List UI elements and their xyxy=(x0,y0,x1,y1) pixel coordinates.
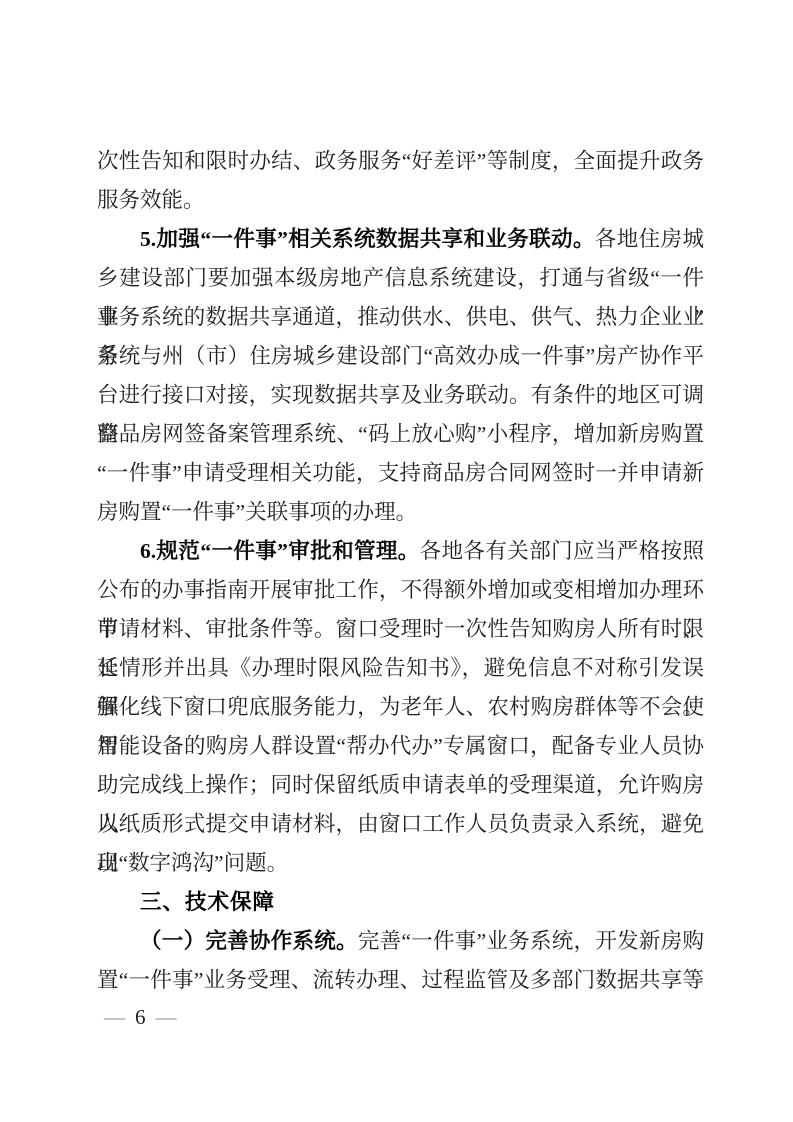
page-number-dash-left: — xyxy=(104,1005,125,1029)
paragraph-end-line: 房购置“一件事”关联事项的办理。 xyxy=(97,493,704,532)
text-line: 长情形并出具《办理时限风险告知书》，避免信息不对称引发误解。 xyxy=(97,649,704,688)
text-line: 系统与州（市）住房城乡建设部门“高效办成一件事”房产协作平 xyxy=(97,337,704,376)
text-line: 以纸质形式提交申请材料，由窗口工作人员负责录入系统，避免出 xyxy=(97,805,704,844)
text-segment: 各地各有关部门应当严格按照 xyxy=(420,539,704,563)
text-line: 智能设备的购房人群设置“帮办代办”专属窗口，配备专业人员协 xyxy=(97,727,704,766)
text-line: 申请材料、审批条件等。窗口受理时一次性告知购房人所有时限延 xyxy=(97,610,704,649)
page-number-dash-right: — xyxy=(156,1005,177,1029)
text-segment: 各地住房城 xyxy=(595,227,704,251)
section-3-heading: 三、技术保障 xyxy=(97,883,704,922)
page-number-value: 6 xyxy=(135,1005,146,1029)
text-line: 强化线下窗口兜底服务能力，为老年人、农村购房群体等不会使用 xyxy=(97,688,704,727)
text-segment: 完善“一件事”业务系统，开发新房购 xyxy=(358,929,704,953)
text-line: 业务系统的数据共享通道，推动供水、供电、供气、热力企业业务 xyxy=(97,298,704,337)
document-body: 次性告知和限时办结、政务服务“好差评”等制度，全面提升政务 服务效能。 5.加强… xyxy=(97,142,704,1000)
sub-item-1-heading: （一）完善协作系统。 xyxy=(140,929,358,953)
text-line: 5.加强“一件事”相关系统数据共享和业务联动。各地住房城 xyxy=(97,220,704,259)
text-line: 6.规范“一件事”审批和管理。各地各有关部门应当严格按照 xyxy=(97,532,704,571)
text-line: 置“一件事”业务受理、流转办理、过程监管及多部门数据共享等 xyxy=(97,961,704,1000)
text-line: （一）完善协作系统。完善“一件事”业务系统，开发新房购 xyxy=(97,922,704,961)
text-line: 次性告知和限时办结、政务服务“好差评”等制度，全面提升政务 xyxy=(97,142,704,181)
text-line: “一件事”申请受理相关功能，支持商品房合同网签时一并申请新 xyxy=(97,454,704,493)
text-line: 公布的办事指南开展审批工作，不得额外增加或变相增加办理环节、 xyxy=(97,571,704,610)
paragraph-end-line: 服务效能。 xyxy=(97,181,704,220)
item-5-heading: 5.加强“一件事”相关系统数据共享和业务联动。 xyxy=(140,227,595,251)
item-6-heading: 6.规范“一件事”审批和管理。 xyxy=(140,539,420,563)
text-line: 助完成线上操作；同时保留纸质申请表单的受理渠道，允许购房人 xyxy=(97,766,704,805)
text-line: 台进行接口对接，实现数据共享及业务联动。有条件的地区可调整 xyxy=(97,376,704,415)
paragraph-end-line: 现“数字鸿沟”问题。 xyxy=(97,844,704,883)
text-line: 乡建设部门要加强本级房地产信息系统建设，打通与省级“一件事” xyxy=(97,259,704,298)
document-page: 次性告知和限时办结、政务服务“好差评”等制度，全面提升政务 服务效能。 5.加强… xyxy=(0,0,793,1122)
page-number: —6— xyxy=(104,1002,177,1032)
text-line: 商品房网签备案管理系统、“码上放心购”小程序，增加新房购置 xyxy=(97,415,704,454)
